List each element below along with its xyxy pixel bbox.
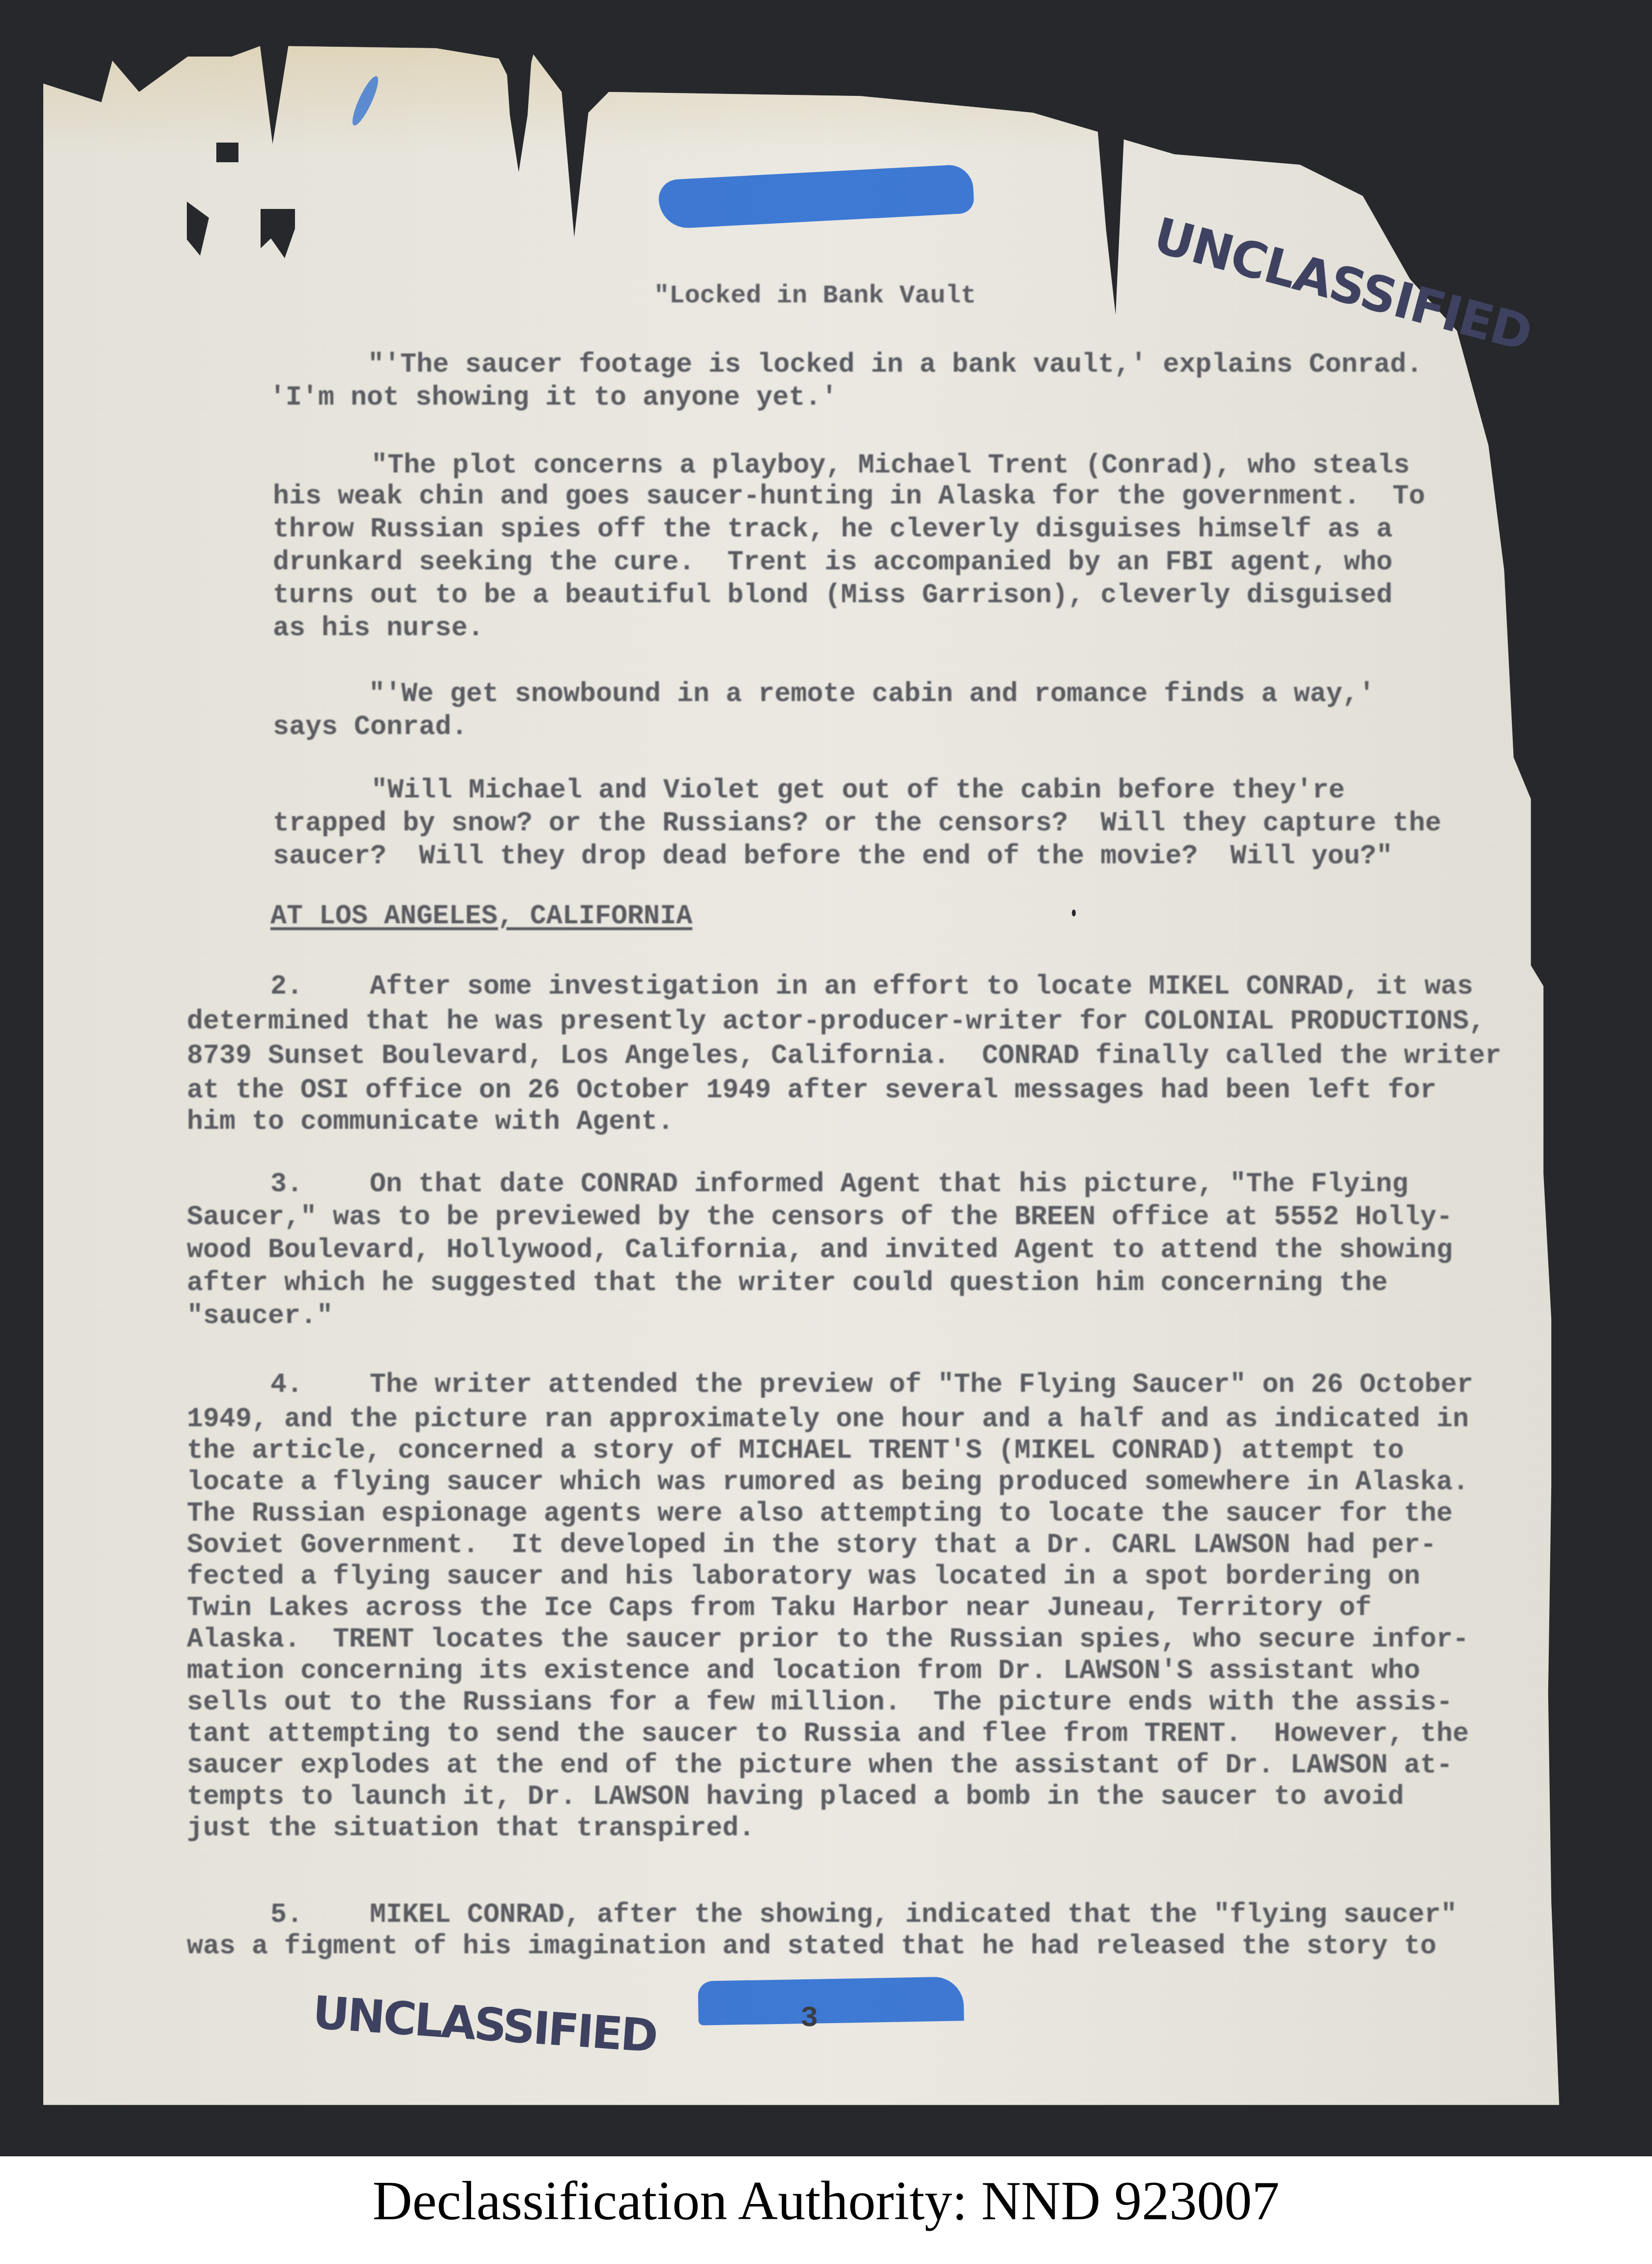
text-line: "saucer."	[187, 1301, 333, 1331]
text-line: The Russian espionage agents were also a…	[187, 1499, 1452, 1529]
text-line: the article, concerned a story of MICHAE…	[187, 1436, 1404, 1466]
paragraph-number: 5.	[270, 1900, 303, 1930]
text-line: turns out to be a beautiful blond (Miss …	[273, 581, 1392, 610]
text-line: determined that he was presently actor-p…	[187, 1007, 1485, 1036]
text-line: his weak chin and goes saucer-hunting in…	[273, 482, 1425, 511]
text-line: The writer attended the preview of "The …	[370, 1370, 1473, 1400]
text-line: MIKEL CONRAD, after the showing, indicat…	[370, 1900, 1457, 1930]
text-line: locate a flying saucer which was rumored…	[187, 1468, 1469, 1497]
paragraph-number: 3.	[270, 1170, 303, 1199]
text-line: wood Boulevard, Hollywood, California, a…	[187, 1235, 1452, 1265]
text-line: tempts to launch it, Dr. LAWSON having p…	[187, 1782, 1404, 1812]
paragraph-number: 2.	[270, 972, 303, 1001]
article-heading: "Locked in Bank Vault	[654, 281, 976, 310]
text-line: Twin Lakes across the Ice Caps from Taku…	[187, 1593, 1371, 1623]
text-line: After some investigation in an effort to…	[370, 972, 1473, 1001]
text-line: as his nurse.	[273, 614, 484, 643]
text-line: sells out to the Russians for a few mill…	[187, 1688, 1452, 1717]
tear-hole	[216, 143, 238, 162]
text-line: saucer? Will they drop dead before the e…	[273, 842, 1392, 871]
text-line: mation concerning its existence and loca…	[187, 1656, 1420, 1686]
section-heading: AT LOS ANGELES, CALIFORNIA	[270, 901, 692, 932]
text-line: him to communicate with Agent.	[187, 1107, 674, 1137]
text-line: throw Russian spies off the track, he cl…	[273, 515, 1392, 544]
paragraph-number: 4.	[270, 1370, 303, 1400]
text-line: at the OSI office on 26 October 1949 aft…	[187, 1076, 1436, 1105]
text-line: Soviet Government. It developed in the s…	[187, 1530, 1436, 1560]
declassification-authority: Declassification Authority: NND 923007	[0, 2169, 1652, 2233]
text-line: Saucer," was to be previewed by the cens…	[187, 1203, 1452, 1232]
text-line: just the situation that transpired.	[187, 1814, 755, 1843]
text-line: fected a flying saucer and his laborator…	[187, 1562, 1420, 1591]
page-number: 3	[800, 2002, 818, 2035]
text-line: "The plot concerns a playboy, Michael Tr…	[371, 451, 1410, 480]
text-line: drunkard seeking the cure. Trent is acco…	[273, 548, 1392, 577]
text-line: 1949, and the picture ran approximately …	[187, 1405, 1469, 1434]
text-line: was a figment of his imagination and sta…	[187, 1932, 1436, 1961]
text-line: 'I'm not showing it to anyone yet.'	[269, 383, 837, 412]
text-line: saucer explodes at the end of the pictur…	[187, 1751, 1452, 1780]
text-line: says Conrad.	[273, 712, 468, 742]
text-line: after which he suggested that the writer…	[187, 1268, 1387, 1298]
text-line: 8739 Sunset Boulevard, Los Angeles, Cali…	[187, 1041, 1501, 1071]
blue-marker-redaction	[698, 1976, 964, 2025]
text-line: "'We get snowbound in a remote cabin and…	[369, 679, 1375, 709]
ink-speck	[1072, 910, 1076, 916]
footer-bar: Declassification Authority: NND 923007	[0, 2156, 1652, 2264]
text-line: On that date CONRAD informed Agent that …	[370, 1170, 1408, 1199]
text-line: tant attempting to send the saucer to Ru…	[187, 1719, 1469, 1749]
text-line: trapped by snow? or the Russians? or the…	[273, 809, 1441, 838]
scanned-document-background: UNCLASSIFIED "Locked in Bank Vault "'The…	[0, 0, 1652, 2156]
text-line: "'The saucer footage is locked in a bank…	[368, 350, 1422, 380]
text-line: "Will Michael and Violet get out of the …	[371, 776, 1345, 805]
text-line: Alaska. TRENT locates the saucer prior t…	[187, 1625, 1469, 1654]
